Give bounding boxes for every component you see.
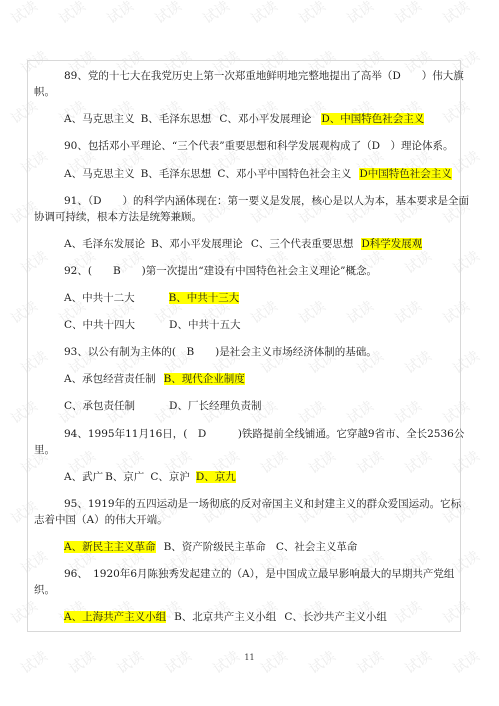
question-96-stem-line2: 织。 [34,582,55,598]
question-92-options-row2: C、中共十四大D、中共十五大 [44,317,240,333]
option-c: C、邓小平中国特色社会主义 [217,168,351,180]
option-a: A、马克思主义 [64,113,135,125]
question-92-stem-line1: 92、( B )第一次提出“建设有中国特色社会主义理论”概念。 [44,263,377,279]
question-93-options-row1: A、承包经营责任制B、现代企业制度 [44,371,245,387]
option-d-answer: D科学发展观 [361,238,422,250]
question-94-options: A、武广B、京广C、京沪D、京九 [44,469,236,485]
watermark-text: 试读 [17,646,51,678]
watermark-text: 试读 [295,0,329,28]
option-d-answer: D、中国特色社会主义 [321,113,424,125]
option-a-answer: A、新民主主义革命 [64,541,156,553]
option-b: B、毛泽东思想 [141,168,212,180]
question-90-options: A、马克思主义B、毛泽东思想C、邓小平中国特色社会主义D中国特色社会主义 [44,166,452,182]
question-93-options-row2: C、承包责任制D、厂长经理负责制 [44,398,261,414]
option-b-answer: B、现代企业制度 [164,373,245,385]
watermark-text: 试读 [305,646,339,678]
option-d: D、厂长经理负责制 [169,400,261,412]
option-a-answer: A、上海共产主义小组 [64,611,166,623]
watermark-text: 试读 [103,0,137,28]
option-c: C、承包责任制 [64,400,135,412]
option-a: A、毛泽东发展论 [64,238,145,250]
watermark-text: 试读 [247,0,281,28]
option-c: C、三个代表重要思想 [251,238,354,250]
question-91-stem-line2: 协调可持续，根本方法是统筹兼顾。 [34,209,202,225]
option-a: A、承包经营责任制 [64,373,156,385]
watermark-text: 试读 [209,646,243,678]
watermark-text: 试读 [65,646,99,678]
watermark-text: 试读 [391,0,425,28]
option-a: A、马克思主义 [64,168,135,180]
question-96-options: A、上海共产主义小组B、北京共产主义小组C、长沙共产主义小组 [44,609,387,625]
option-c: C、社会主义革命 [276,541,358,553]
option-b: B、京广 [105,471,144,483]
question-95-stem-line2: 志着中国（A）的伟大开端。 [34,512,168,528]
question-95-stem-line1: 95、1919年的五四运动是一场彻底的反对帝国主义和封建主义的群众爱国运动。它标 [44,496,461,512]
question-89-stem-line2: 帜。 [34,84,55,100]
question-89-stem-line1: 89、党的十七大在我党历史上第一次郑重地鲜明地完整地提出了高举（D ）伟大旗 [44,68,464,84]
option-d: D、中共十五大 [169,319,240,331]
watermark-text: 试读 [113,646,147,678]
question-89-options: A、马克思主义B、毛泽东思想C、邓小平发展理论D、中国特色社会主义 [44,111,424,127]
option-c: C、邓小平发展理论 [219,113,311,125]
question-94-stem-line2: 里。 [34,442,55,458]
option-a: A、武广 [64,471,103,483]
watermark-text: 试读 [199,0,233,28]
watermark-text: 试读 [7,0,41,28]
option-b: B、毛泽东思想 [141,113,212,125]
option-d-answer: D中国特色社会主义 [359,168,451,180]
watermark-text: 试读 [343,0,377,28]
option-b-answer: B、中共十三大 [169,292,240,304]
question-92-options-row1: A、中共十二大B、中共十三大 [44,290,239,306]
option-c: C、长沙共产主义小组 [284,611,387,623]
option-a: A、中共十二大 [64,292,135,304]
watermark-text: 试读 [151,0,185,28]
question-91-options: A、毛泽东发展论B、邓小平发展理论C、三个代表重要思想D科学发展观 [44,236,422,252]
question-96-stem-line1: 96、 1920年6月陈独秀发起建立的（A），是中国成立最早影响最大的早期共产党… [44,566,454,582]
option-c: C、京沪 [150,471,190,483]
watermark-text: 试读 [161,646,195,678]
option-b: B、北京共产主义小组 [174,611,276,623]
watermark-text: 试读 [353,646,387,678]
option-c: C、中共十四大 [64,319,135,331]
option-b: B、资产阶级民主革命 [164,541,266,553]
watermark-text: 试读 [55,0,89,28]
question-91-stem-line1: 91、（D ）的科学内涵体现在：第一要义是发展，核心是以人为本，基本要求是全面 [44,193,469,209]
question-90-stem-line1: 90、包括邓小平理论、“三个代表”重要思想和科学发展观构成了（D ）理论体系。 [44,138,454,154]
option-d-answer: D、京九 [196,471,236,483]
question-93-stem-line1: 93、以公有制为主体的( B )是社会主义市场经济体制的基础。 [44,344,377,360]
question-94-stem-line1: 94、1995年11月16日，( D )铁路提前全线铺通。它穿越9省市、全长25… [44,426,464,442]
page-number: 11 [0,653,499,662]
watermark-text: 试读 [401,646,435,678]
option-b: B、邓小平发展理论 [151,238,243,250]
watermark-text: 试读 [439,0,473,28]
question-95-options: A、新民主主义革命B、资产阶级民主革命C、社会主义革命 [44,539,357,555]
watermark-text: 试读 [257,646,291,678]
watermark-text: 试读 [449,646,483,678]
